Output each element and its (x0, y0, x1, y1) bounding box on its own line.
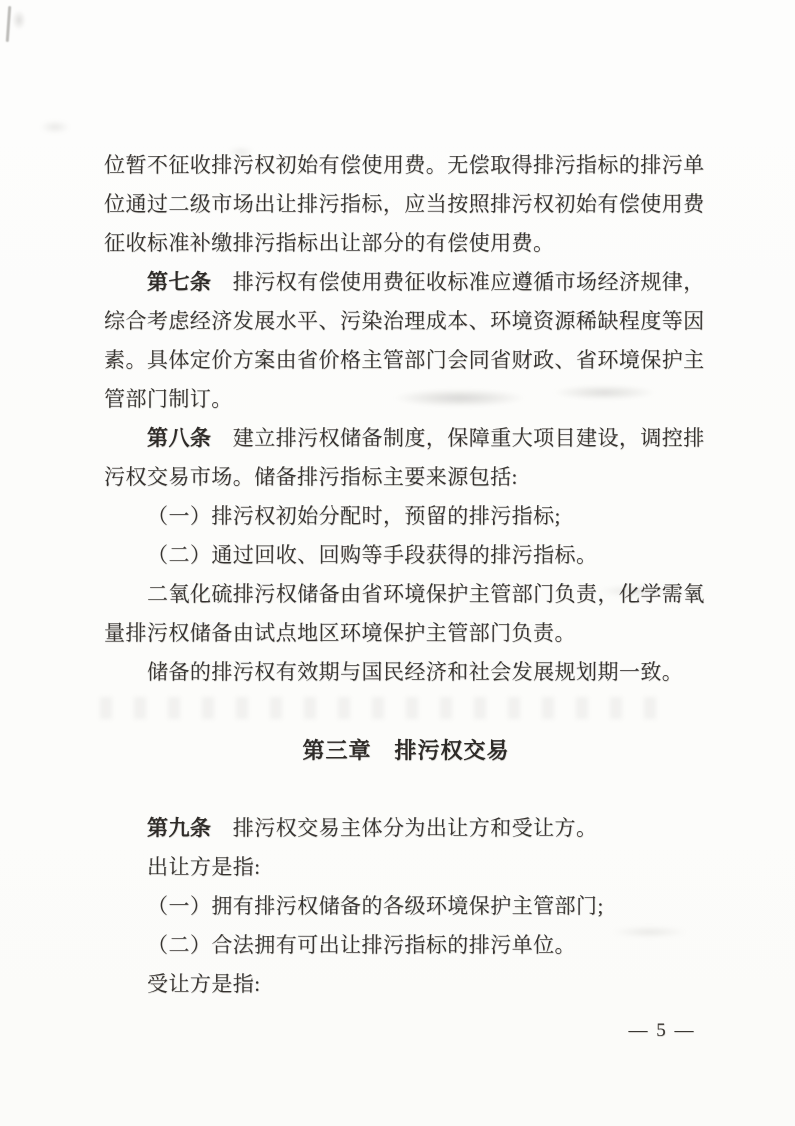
body-line: 管部门制订。 (104, 380, 708, 419)
line-text: （一）拥有排污权储备的各级环境保护主管部门; (147, 894, 604, 918)
line-text: 综合考虑经济发展水平、污染治理成本、环境资源稀缺程度等因 (104, 309, 705, 333)
body-line: 第七条 排污权有偿使用费征收标准应遵循市场经济规律， (104, 263, 708, 302)
page-number: — 5 — (612, 1016, 712, 1046)
article-number: 第八条 (147, 426, 211, 450)
line-text: 排污权交易主体分为出让方和受让方。 (211, 816, 597, 840)
line-text: 素。具体定价方案由省价格主管部门会同省财政、省环境保护主 (104, 348, 705, 372)
line-text: 位暂不征收排污权初始有偿使用费。无偿取得排污指标的排污单 (104, 153, 705, 177)
body-line: 量排污权储备由试点地区环境保护主管部门负责。 (104, 614, 708, 653)
line-text: （二）合法拥有可出让排污指标的排污单位。 (147, 933, 576, 957)
line-text: 二氧化硫排污权储备由省环境保护主管部门负责，化学需氧 (147, 582, 705, 606)
line-text: 管部门制订。 (104, 387, 233, 411)
article-number: 第九条 (147, 816, 211, 840)
scan-smudge (40, 120, 70, 134)
document-body: 位暂不征收排污权初始有偿使用费。无偿取得排污指标的排污单 位通过二级市场出让排污… (104, 146, 708, 1004)
body-line: 第九条 排污权交易主体分为出让方和受让方。 (104, 809, 708, 848)
body-line: 受让方是指: (104, 965, 708, 1004)
line-text: 量排污权储备由试点地区环境保护主管部门负责。 (104, 621, 576, 645)
line-text: 位通过二级市场出让排污指标，应当按照排污权初始有偿使用费 (104, 192, 705, 216)
list-item-line: （一）排污权初始分配时，预留的排污指标; (104, 497, 708, 536)
line-text: 储备的排污权有效期与国民经济和社会发展规划期一致。 (147, 660, 683, 684)
line-text: 污权交易市场。储备排污指标主要来源包括: (104, 465, 518, 489)
list-item-line: （一）拥有排污权储备的各级环境保护主管部门; (104, 887, 708, 926)
scan-scratch-mark (6, 6, 12, 42)
line-text: 出让方是指: (147, 855, 261, 879)
body-line: 素。具体定价方案由省价格主管部门会同省财政、省环境保护主 (104, 341, 708, 380)
line-text: 受让方是指: (147, 972, 261, 996)
body-line: 二氧化硫排污权储备由省环境保护主管部门负责，化学需氧 (104, 575, 708, 614)
blank-line (104, 770, 708, 809)
list-item-line: （二）合法拥有可出让排污指标的排污单位。 (104, 926, 708, 965)
body-line: 出让方是指: (104, 848, 708, 887)
chapter-heading: 第三章 排污权交易 (104, 731, 708, 770)
body-line: 储备的排污权有效期与国民经济和社会发展规划期一致。 (104, 653, 708, 692)
line-text: （二）通过回收、回购等手段获得的排污指标。 (147, 543, 597, 567)
line-text: 征收标准补缴排污指标出让部分的有偿使用费。 (104, 231, 554, 255)
scanned-page: 位暂不征收排污权初始有偿使用费。无偿取得排污指标的排污单 位通过二级市场出让排污… (0, 0, 795, 1126)
blank-line (104, 692, 708, 731)
body-line: 污权交易市场。储备排污指标主要来源包括: (104, 458, 708, 497)
body-line: 第八条 建立排污权储备制度，保障重大项目建设，调控排 (104, 419, 708, 458)
body-line: 位暂不征收排污权初始有偿使用费。无偿取得排污指标的排污单 (104, 146, 708, 185)
article-number: 第七条 (147, 270, 211, 294)
body-line: 位通过二级市场出让排污指标，应当按照排污权初始有偿使用费 (104, 185, 708, 224)
line-text: 排污权有偿使用费征收标准应遵循市场经济规律， (211, 270, 704, 294)
scan-smudge (12, 10, 26, 30)
body-line: 综合考虑经济发展水平、污染治理成本、环境资源稀缺程度等因 (104, 302, 708, 341)
body-line: 征收标准补缴排污指标出让部分的有偿使用费。 (104, 224, 708, 263)
line-text: （一）排污权初始分配时，预留的排污指标; (147, 504, 561, 528)
list-item-line: （二）通过回收、回购等手段获得的排污指标。 (104, 536, 708, 575)
line-text: 建立排污权储备制度，保障重大项目建设，调控排 (211, 426, 704, 450)
